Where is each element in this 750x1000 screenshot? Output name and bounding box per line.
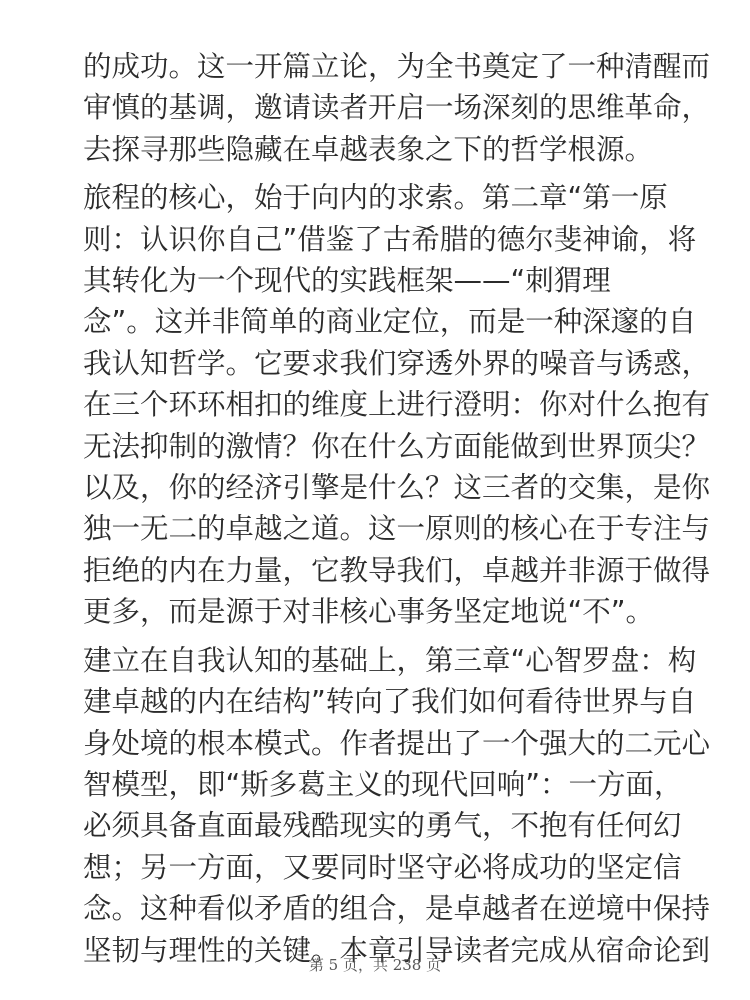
- paragraph-2: 旅程的核心，始于向内的求索。第二章“第一原 则：认识你自己”借鉴了古希腊的德尔斐…: [83, 177, 673, 632]
- text-line: 在三个环环相扣的维度上进行澄明：你对什么抱有: [83, 384, 673, 425]
- text-line: 建卓越的内在结构”转向了我们如何看待世界与自: [83, 681, 673, 722]
- page-number-footer: 第 5 页，共 238 页: [0, 954, 750, 975]
- text-line: 其转化为一个现代的实践框架——“刺猬理: [83, 260, 673, 301]
- text-line: 念。这种看似矛盾的组合，是卓越者在逆境中保持: [83, 888, 673, 929]
- text-line: 身处境的根本模式。作者提出了一个强大的二元心: [83, 723, 673, 764]
- text-line: 旅程的核心，始于向内的求索。第二章“第一原: [83, 177, 673, 218]
- text-line: 独一无二的卓越之道。这一原则的核心在于专注与: [83, 508, 673, 549]
- paragraph-1: 的成功。这一开篇立论，为全书奠定了一种清醒而 审慎的基调，邀请读者开启一场深刻的…: [83, 46, 673, 170]
- text-line: 的成功。这一开篇立论，为全书奠定了一种清醒而: [83, 46, 673, 87]
- text-line: 无法抑制的激情？你在什么方面能做到世界顶尖？: [83, 426, 673, 467]
- text-line: 我认知哲学。它要求我们穿透外界的噪音与诱惑，: [83, 343, 673, 384]
- text-line: 更多，而是源于对非核心事务坚定地说“不”。: [83, 591, 673, 632]
- text-line: 以及，你的经济引擎是什么？这三者的交集，是你: [83, 467, 673, 508]
- text-line: 智模型，即“斯多葛主义的现代回响”：一方面，: [83, 764, 673, 805]
- text-line: 建立在自我认知的基础上，第三章“心智罗盘：构: [83, 640, 673, 681]
- text-line: 想；另一方面，又要同时坚守必将成功的坚定信: [83, 847, 673, 888]
- text-line: 必须具备直面最残酷现实的勇气，不抱有任何幻: [83, 805, 673, 846]
- text-line: 拒绝的内在力量，它教导我们，卓越并非源于做得: [83, 550, 673, 591]
- text-line: 则：认识你自己”借鉴了古希腊的德尔斐神谕，将: [83, 219, 673, 260]
- text-line: 审慎的基调，邀请读者开启一场深刻的思维革命，: [83, 87, 673, 128]
- paragraph-3: 建立在自我认知的基础上，第三章“心智罗盘：构 建卓越的内在结构”转向了我们如何看…: [83, 640, 673, 971]
- page-body: 的成功。这一开篇立论，为全书奠定了一种清醒而 审慎的基调，邀请读者开启一场深刻的…: [83, 46, 673, 978]
- text-line: 念”。这并非简单的商业定位，而是一种深邃的自: [83, 301, 673, 342]
- text-line: 去探寻那些隐藏在卓越表象之下的哲学根源。: [83, 129, 673, 170]
